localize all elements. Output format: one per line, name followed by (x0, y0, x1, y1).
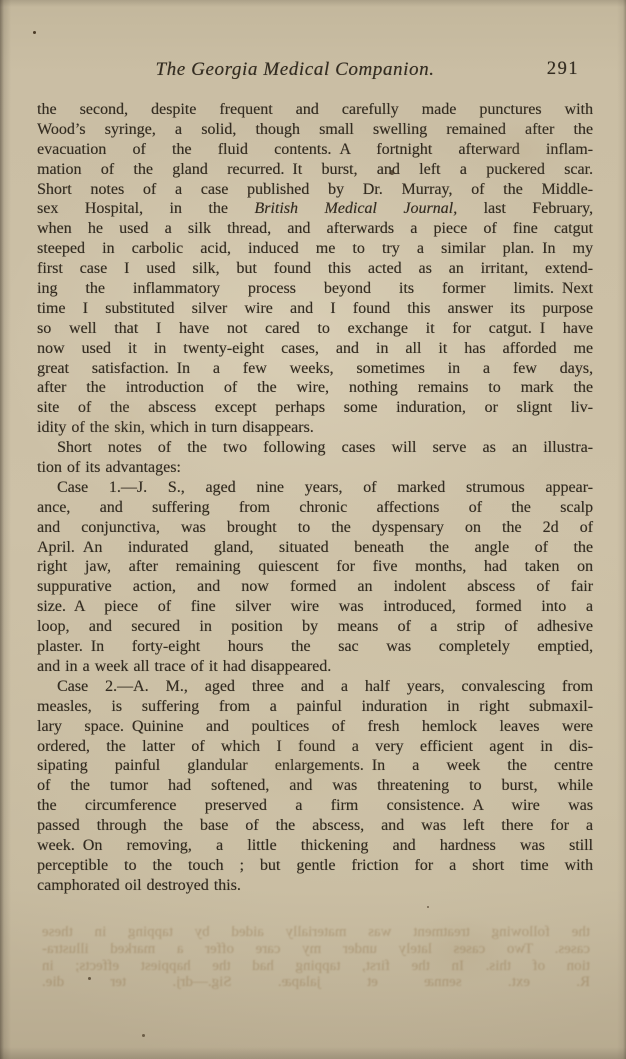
text-segment: so well that I have not cared to exchang… (37, 320, 593, 337)
text-segment: idity of the skin, which in turn disappe… (37, 419, 314, 436)
text-line: the circumference preserved a firm consi… (37, 796, 593, 816)
text-line: passed through the base of the abscess, … (37, 816, 593, 836)
text-line: first case I used silk, but found this a… (37, 259, 593, 279)
text-segment: ance, and suffering from chronic affecti… (37, 499, 593, 516)
text-line: time I substituted silver wire and I fou… (37, 299, 593, 319)
text-segment: plaster. In forty-eight hours the sac wa… (37, 638, 593, 655)
ink-speck (88, 977, 91, 980)
text-segment: perceptible to the touch ; but gentle fr… (37, 857, 593, 874)
text-line: mation of the gland recurred. It burst, … (37, 160, 593, 180)
ink-speck (427, 906, 429, 908)
text-line: ordered, the latter of which I found a v… (37, 737, 593, 757)
text-segment: site of the abscess except perhaps some … (37, 399, 593, 416)
text-segment: Short notes of the two following cases w… (57, 439, 593, 456)
ghost-line: tion of this. In the first, tapping had … (42, 958, 590, 975)
scanned-book-page: The Georgia Medical Companion. 291 the s… (0, 0, 626, 1059)
text-line: the second, despite frequent and careful… (37, 100, 593, 120)
ghost-line: R. ext. sennæ et jalapæ. Sig.—drj. ter d… (42, 974, 590, 991)
text-segment: after the introduction of the wire, noth… (37, 379, 593, 396)
text-segment: first case I used silk, but found this a… (37, 260, 593, 277)
text-line: April. An indurated gland, situated bene… (37, 538, 593, 558)
ink-speck (33, 31, 36, 34)
text-segment: loop, and secured in position by means o… (37, 618, 593, 635)
text-line: Case 2.—A. M., aged three and a half yea… (37, 677, 593, 697)
text-line: sex Hospital, in the British Medical Jou… (37, 199, 593, 219)
text-segment: mation of the gland recurred. It burst, … (37, 161, 593, 178)
ghost-line: the following treatment was materially a… (42, 924, 590, 941)
text-line: measles, is suffering from a painful ind… (37, 697, 593, 717)
paragraph: Case 1.—J. S., aged nine years, of marke… (37, 478, 593, 677)
text-segment: size. A piece of fine silver wire was in… (37, 598, 593, 615)
text-segment: tion of its advantages: (37, 459, 181, 476)
text-line: and in a week all trace of it had disapp… (37, 657, 593, 677)
text-line: site of the abscess except perhaps some … (37, 398, 593, 418)
text-segment: when he used a silk thread, and afterwar… (37, 220, 593, 237)
text-segment: last February, (457, 200, 593, 217)
paragraph: Case 2.—A. M., aged three and a half yea… (37, 677, 593, 896)
text-line: camphorated oil destroyed this. (37, 876, 593, 896)
text-line: evacuation of the fluid contents. A fort… (37, 140, 593, 160)
text-segment: the circumference preserved a firm consi… (37, 797, 593, 814)
text-line: suppurative action, and now formed an in… (37, 577, 593, 597)
text-line: and conjunctiva, was brought to the dysp… (37, 518, 593, 538)
text-line: loop, and secured in position by means o… (37, 617, 593, 637)
text-segment: week. On removing, a little thickening a… (37, 837, 593, 854)
text-segment: now used it in twenty-eight cases, and i… (37, 340, 593, 357)
text-line: ance, and suffering from chronic affecti… (37, 498, 593, 518)
bleedthrough-text: the following treatment was materially a… (42, 924, 590, 991)
text-line: week. On removing, a little thickening a… (37, 836, 593, 856)
text-line: now used it in twenty-eight cases, and i… (37, 339, 593, 359)
page-title: The Georgia Medical Companion. (37, 59, 553, 81)
text-segment: right jaw, after remaining quiescent for… (37, 558, 593, 575)
paragraph: Short notes of the two following cases w… (37, 438, 593, 478)
text-line: idity of the skin, which in turn disappe… (37, 418, 593, 438)
ink-speck (142, 1034, 145, 1037)
text-line: tion of its advantages: (37, 458, 593, 478)
text-block: the second, despite frequent and careful… (37, 100, 593, 896)
text-line: steeped in carbolic acid, induced me to … (37, 239, 593, 259)
page-number: 291 (547, 59, 579, 80)
text-line: size. A piece of fine silver wire was in… (37, 597, 593, 617)
text-segment: ing the inflammatory process beyond its … (37, 280, 593, 297)
text-segment: of the tumor had softened, and was threa… (37, 777, 593, 794)
text-segment: evacuation of the fluid contents. A fort… (37, 141, 593, 158)
text-segment: Short notes of a case published by Dr. M… (37, 181, 593, 198)
text-segment: time I substituted silver wire and I fou… (37, 300, 593, 317)
text-line: when he used a silk thread, and afterwar… (37, 219, 593, 239)
text-line: right jaw, after remaining quiescent for… (37, 557, 593, 577)
journal-name-italic: British Medical Journal, (254, 200, 457, 217)
ghost-line: cases. Two cases lately under my care of… (42, 941, 590, 958)
text-segment: sex Hospital, in the (37, 200, 254, 217)
text-segment: the second, despite frequent and careful… (37, 101, 593, 118)
text-line: Wood’s syringe, a solid, though small sw… (37, 120, 593, 140)
text-segment: passed through the base of the abscess, … (37, 817, 593, 834)
text-segment: Case 2.—A. M., aged three and a half yea… (57, 678, 593, 695)
page-header: The Georgia Medical Companion. 291 (37, 59, 593, 85)
text-line: sipating painful glandular enlargements.… (37, 756, 593, 776)
text-segment: lary space. Quinine and poultices of fre… (37, 718, 593, 735)
text-segment: Case 1.—J. S., aged nine years, of marke… (57, 479, 593, 496)
text-line: perceptible to the touch ; but gentle fr… (37, 856, 593, 876)
text-segment: camphorated oil destroyed this. (37, 877, 241, 894)
text-segment: great satisfaction. In a few weeks, some… (37, 360, 593, 377)
text-line: ing the inflammatory process beyond its … (37, 279, 593, 299)
text-line: Short notes of a case published by Dr. M… (37, 180, 593, 200)
text-segment: Wood’s syringe, a solid, though small sw… (37, 121, 593, 138)
paragraph: the second, despite frequent and careful… (37, 100, 593, 438)
text-segment: ordered, the latter of which I found a v… (37, 738, 593, 755)
text-segment: and conjunctiva, was brought to the dysp… (37, 519, 593, 536)
text-line: of the tumor had softened, and was threa… (37, 776, 593, 796)
text-line: Case 1.—J. S., aged nine years, of marke… (37, 478, 593, 498)
text-line: Short notes of the two following cases w… (37, 438, 593, 458)
text-segment: and in a week all trace of it had disapp… (37, 658, 331, 675)
text-segment: measles, is suffering from a painful ind… (37, 698, 593, 715)
text-line: great satisfaction. In a few weeks, some… (37, 359, 593, 379)
text-line: plaster. In forty-eight hours the sac wa… (37, 637, 593, 657)
text-segment: steeped in carbolic acid, induced me to … (37, 240, 593, 257)
text-segment: suppurative action, and now formed an in… (37, 578, 593, 595)
text-line: so well that I have not cared to exchang… (37, 319, 593, 339)
text-line: lary space. Quinine and poultices of fre… (37, 717, 593, 737)
text-segment: sipating painful glandular enlargements.… (37, 757, 593, 774)
text-segment: April. An indurated gland, situated bene… (37, 539, 593, 556)
text-line: after the introduction of the wire, noth… (37, 378, 593, 398)
ink-speck (390, 170, 394, 175)
